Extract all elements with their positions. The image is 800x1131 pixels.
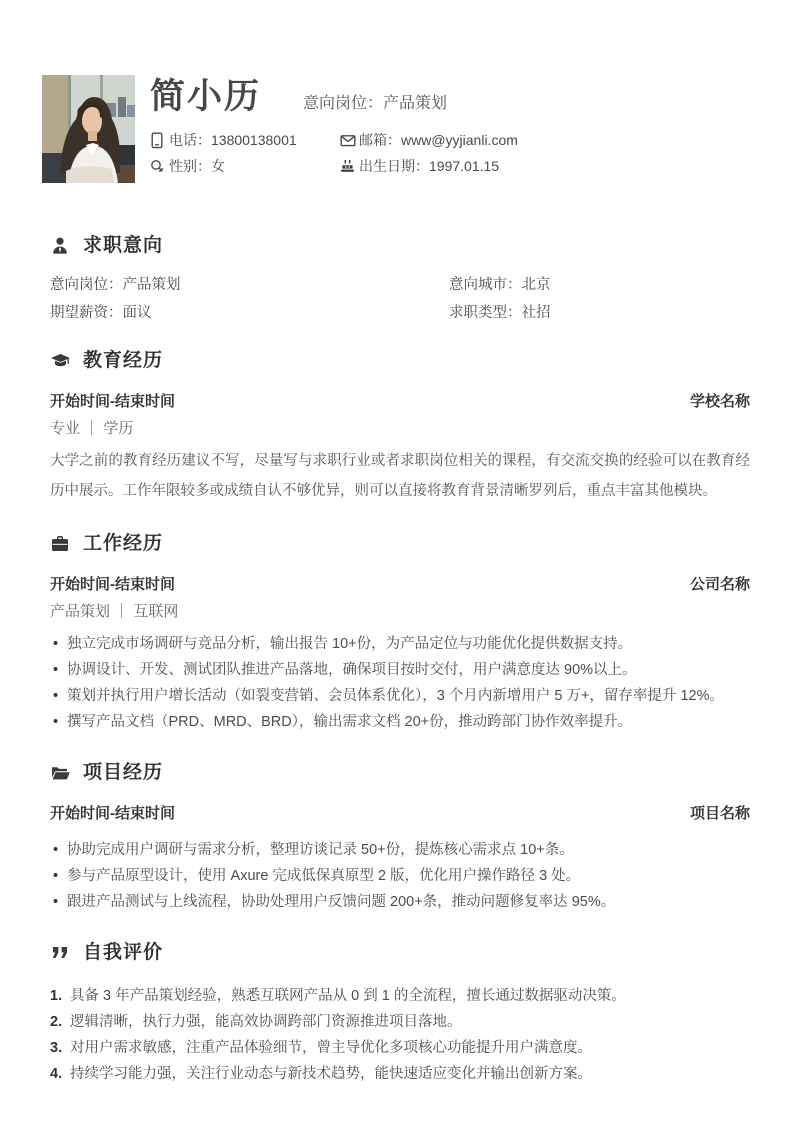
work-period: 开始时间-结束时间 [50, 574, 175, 595]
profile-photo [42, 75, 135, 183]
contact-gender-text: 性别：女 [169, 157, 225, 176]
resume-header: 简小历 意向岗位：产品策划 电话：13800138001 邮箱：www@yyji… [50, 75, 750, 183]
project-bullet-list: 协助完成用户调研与需求分析，整理访谈记录 50+份，提炼核心需求点 10+条。 … [50, 837, 750, 915]
candidate-name: 简小历 [150, 77, 261, 117]
project-name: 项目名称 [690, 803, 750, 824]
work-role-industry: 产品策划 ｜ 互联网 [50, 601, 750, 622]
user-icon [50, 236, 71, 256]
birthday-icon [340, 159, 356, 175]
project-period: 开始时间-结束时间 [50, 803, 175, 824]
section-education: 教育经历 开始时间-结束时间 学校名称 专业 ｜ 学历 大学之前的教育经历建议不… [50, 348, 750, 506]
education-period: 开始时间-结束时间 [50, 391, 175, 412]
section-self-evaluation: 自我评价 具备 3 年产品策划经验，熟悉互联网产品从 0 到 1 的全流程，擅长… [50, 940, 750, 1087]
gender-icon [150, 159, 166, 175]
contact-email: 邮箱：www@yyjianli.com [340, 131, 750, 150]
education-major-degree: 专业 ｜ 学历 [50, 418, 750, 439]
self-evaluation-item: 逻辑清晰，执行力强，能高效协调跨部门资源推进项目落地。 [50, 1009, 750, 1035]
project-bullet: 跟进产品测试与上线流程，协助处理用户反馈问题 200+条，推动问题修复率达 95… [50, 889, 750, 915]
section-project: 项目经历 开始时间-结束时间 项目名称 协助完成用户调研与需求分析，整理访谈记录… [50, 760, 750, 915]
folder-icon [50, 763, 71, 783]
section-work-title: 工作经历 [83, 531, 163, 557]
contact-birthday: 出生日期：1997.01.15 [340, 157, 750, 176]
section-job-intent: 求职意向 意向岗位：产品策划 意向城市：北京 期望薪资：面议 求职类型：社招 [50, 233, 750, 323]
section-project-title: 项目经历 [83, 760, 163, 786]
project-bullet: 参与产品原型设计，使用 Axure 完成低保真原型 2 版，优化用户操作路径 3… [50, 863, 750, 889]
work-bullet: 独立完成市场调研与竞品分析，输出报告 10+份，为产品定位与功能优化提供数据支持… [50, 631, 750, 657]
work-bullet: 协调设计、开发、测试团队推进产品落地，确保项目按时交付，用户满意度达 90%以上… [50, 657, 750, 683]
contact-birthday-text: 出生日期：1997.01.15 [359, 157, 499, 176]
resume-page: 简小历 意向岗位：产品策划 电话：13800138001 邮箱：www@yyji… [0, 0, 800, 1131]
contact-gender: 性别：女 [150, 157, 340, 176]
contact-phone-text: 电话：13800138001 [169, 131, 297, 150]
education-entry-row: 开始时间-结束时间 学校名称 [50, 391, 750, 412]
job-intent-fields: 意向岗位：产品策划 意向城市：北京 期望薪资：面议 求职类型：社招 [50, 276, 750, 323]
field-expected-salary: 期望薪资：面议 [50, 304, 449, 323]
education-school-name: 学校名称 [690, 391, 750, 412]
work-company-name: 公司名称 [690, 574, 750, 595]
header-intent-position: 意向岗位：产品策划 [303, 90, 447, 113]
self-evaluation-list: 具备 3 年产品策划经验，熟悉互联网产品从 0 到 1 的全流程，擅长通过数据驱… [50, 983, 750, 1087]
quote-icon [50, 943, 71, 963]
section-project-head: 项目经历 [50, 760, 750, 786]
section-job-intent-head: 求职意向 [50, 233, 750, 259]
work-entry-row: 开始时间-结束时间 公司名称 [50, 574, 750, 595]
field-intent-position: 意向岗位：产品策划 [50, 276, 449, 295]
education-description: 大学之前的教育经历建议不写，尽量写与求职行业或者求职岗位相关的课程，有交流交换的… [50, 446, 750, 506]
field-intent-city: 意向城市：北京 [449, 276, 750, 295]
phone-icon [150, 132, 166, 149]
project-entry-row: 开始时间-结束时间 项目名称 [50, 803, 750, 824]
work-bullet: 策划并执行用户增长活动（如裂变营销、会员体系优化），3 个月内新增用户 5 万+… [50, 683, 750, 709]
contact-grid: 电话：13800138001 邮箱：www@yyjianli.com 性别：女 [150, 131, 750, 176]
self-evaluation-item: 对用户需求敏感，注重产品体验细节，曾主导优化多项核心功能提升用户满意度。 [50, 1035, 750, 1061]
section-self-evaluation-title: 自我评价 [83, 940, 163, 966]
section-education-title: 教育经历 [83, 348, 163, 374]
self-evaluation-item: 持续学习能力强，关注行业动态与新技术趋势，能快速适应变化并输出创新方案。 [50, 1061, 750, 1087]
self-evaluation-item: 具备 3 年产品策划经验，熟悉互联网产品从 0 到 1 的全流程，擅长通过数据驱… [50, 983, 750, 1009]
mail-icon [340, 133, 356, 148]
contact-phone: 电话：13800138001 [150, 131, 340, 150]
profile-photo-illustration [42, 75, 135, 183]
section-work: 工作经历 开始时间-结束时间 公司名称 产品策划 ｜ 互联网 独立完成市场调研与… [50, 531, 750, 735]
field-job-type: 求职类型：社招 [449, 304, 750, 323]
section-job-intent-title: 求职意向 [83, 233, 163, 259]
work-bullet: 撰写产品文档（PRD、MRD、BRD），输出需求文档 20+份，推动跨部门协作效… [50, 709, 750, 735]
work-bullet-list: 独立完成市场调研与竞品分析，输出报告 10+份，为产品定位与功能优化提供数据支持… [50, 631, 750, 735]
graduation-cap-icon [50, 351, 71, 371]
section-work-head: 工作经历 [50, 531, 750, 557]
name-row: 简小历 意向岗位：产品策划 [150, 77, 750, 117]
section-self-evaluation-head: 自我评价 [50, 940, 750, 966]
header-info: 简小历 意向岗位：产品策划 电话：13800138001 邮箱：www@yyji… [135, 75, 750, 176]
briefcase-icon [50, 534, 71, 554]
section-education-head: 教育经历 [50, 348, 750, 374]
contact-email-text: 邮箱：www@yyjianli.com [359, 131, 518, 150]
project-bullet: 协助完成用户调研与需求分析，整理访谈记录 50+份，提炼核心需求点 10+条。 [50, 837, 750, 863]
